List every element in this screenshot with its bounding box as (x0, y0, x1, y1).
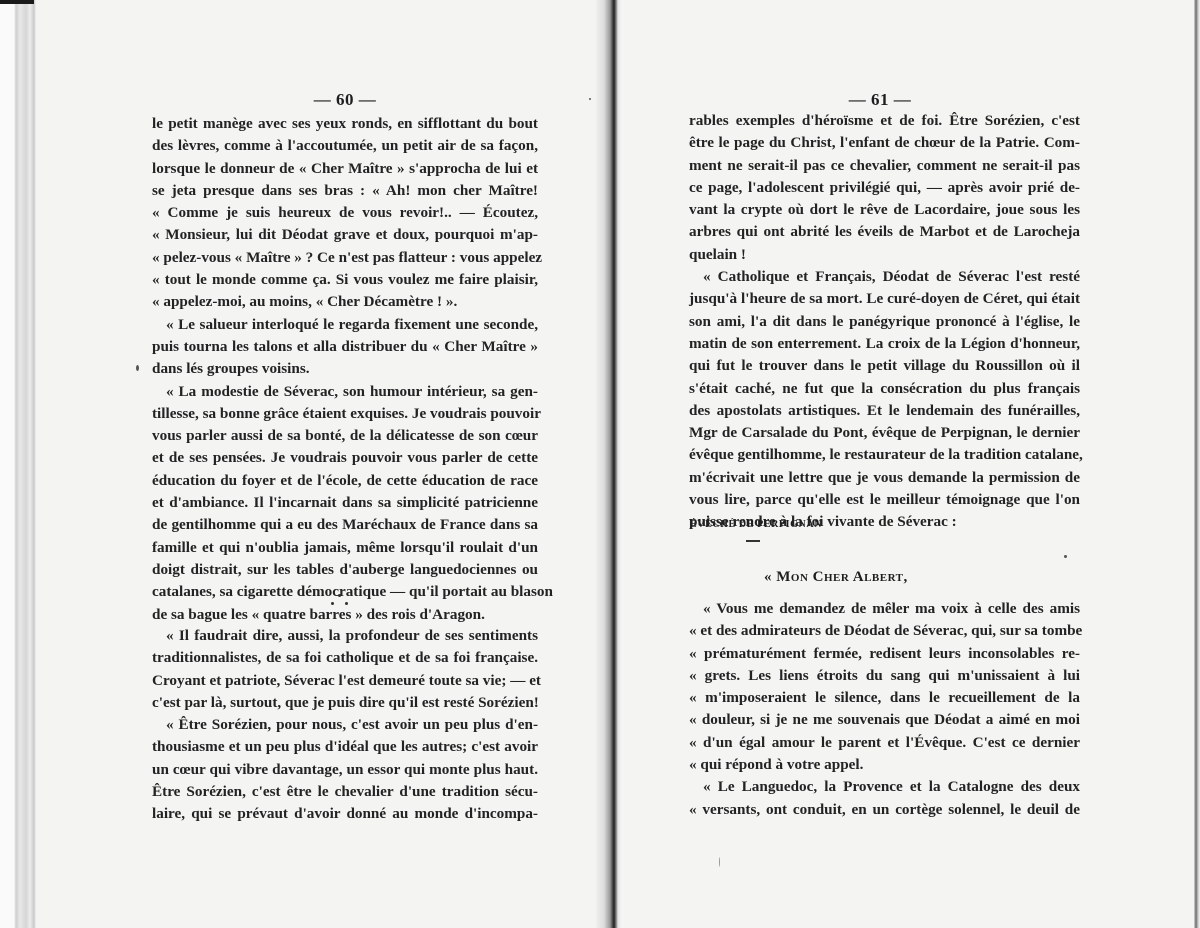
text-line: « tout le monde comme ça. Si vous voulez… (152, 269, 538, 291)
text-line: dans lés groupes voisins. (152, 358, 538, 380)
right-page-text-block-2: « Vous me demandez de mêler ma voix à ce… (689, 598, 1080, 821)
book-spread: — 60 — — 61 — le petit manège avec ses y… (0, 0, 1200, 928)
text-line: « appelez-moi, au moins, « Cher Décamètr… (152, 291, 538, 313)
left-page-edge (0, 0, 36, 928)
text-line: thousiasme et un peu plus d'idéal que le… (152, 736, 538, 758)
text-line: doigt distrait, sur les tables d'auberge… (152, 559, 538, 581)
text-line: « La modestie de Séverac, son humour int… (152, 381, 538, 403)
text-line: et d'ambiance. Il l'incarnait dans sa si… (152, 492, 538, 514)
text-line: laire, qui se prévaut d'avoir donné au m… (152, 803, 538, 825)
text-line: lorsque le donneur de « Cher Maître » s'… (152, 158, 538, 180)
text-line: « prématurément fermée, redisent leurs i… (689, 643, 1080, 665)
text-line: famille et qui n'oublia jamais, même lor… (152, 537, 538, 559)
text-line: « Comme je suis heureux de vous revoir!.… (152, 202, 538, 224)
text-line: tillesse, sa bonne grâce étaient exquise… (152, 403, 538, 425)
left-page-text-block-1: le petit manège avec ses yeux ronds, en … (152, 113, 538, 626)
text-line: Être Sorézien, c'est être le chevalier d… (152, 781, 538, 803)
text-line: traditionnalistes, de sa foi catholique … (152, 647, 538, 669)
text-line: arbres qui ont abrité les éveils de Marb… (689, 221, 1080, 243)
paper-speck (136, 365, 139, 371)
page-number-left: — 60 — (295, 90, 395, 110)
text-line: et de ses pensées. Je voudrais pouvoir v… (152, 447, 538, 469)
text-line: jusqu'à l'heure de sa mort. Le curé-doye… (689, 288, 1080, 310)
text-line: qui fut le trouver dans le petit village… (689, 355, 1080, 377)
text-line: « douleur, si je ne me souvenais que Déo… (689, 709, 1080, 731)
text-line: éducation du foyer et de l'école, de cet… (152, 470, 538, 492)
text-line: quelain ! (689, 244, 1080, 266)
left-corner-shadow (0, 0, 34, 4)
text-line: évêque gentilhomme, le restaurateur de l… (689, 444, 1080, 466)
page-number-right: — 61 — (830, 90, 930, 110)
left-page-text-block-2: « Il faudrait dire, aussi, la profondeur… (152, 625, 538, 826)
text-line: vant la crypte où dort le rêve de Lacord… (689, 199, 1080, 221)
text-line: « m'imposeraient le silence, dans le rec… (689, 687, 1080, 709)
text-line: c'est par là, surtout, que je puis dire … (152, 692, 538, 714)
text-line: « grets. Les liens étroits du sang qui m… (689, 665, 1080, 687)
paper-speck (719, 857, 720, 867)
text-line: « d'un égal amour le parent et l'Évêque.… (689, 732, 1080, 754)
text-line: puis tourna les talons et alla distribue… (152, 336, 538, 358)
text-line: un cœur qui vibre davantage, un essor qu… (152, 759, 538, 781)
text-line: « qui répond à votre appel. (689, 754, 1080, 776)
text-line: « et des admirateurs de Déodat de Sévera… (689, 620, 1080, 642)
text-line: être le page du Christ, l'enfant de chœu… (689, 132, 1080, 154)
text-line: Mgr de Carsalade du Pont, évêque de Perp… (689, 422, 1080, 444)
text-line: des lèvres, comme à l'accoutumée, un pet… (152, 135, 538, 157)
text-line: « Il faudrait dire, aussi, la profondeur… (152, 625, 538, 647)
text-line: ce page, l'adolescent privilégié qui, — … (689, 177, 1080, 199)
text-line: le petit manège avec ses yeux ronds, en … (152, 113, 538, 135)
text-line: matin de son enterrement. La croix de la… (689, 333, 1080, 355)
text-line: son ami, l'a dit dans le panégyrique pro… (689, 311, 1080, 333)
right-page-edge (1194, 0, 1200, 928)
text-line: « Être Sorézien, pour nous, c'est avoir … (152, 714, 538, 736)
text-line: vous parler aussi de sa bonté, de la dél… (152, 425, 538, 447)
text-line: « Vous me demandez de mêler ma voix à ce… (689, 598, 1080, 620)
letter-heading: ÉVÊCHÉ DE PERPIGNAN (690, 519, 822, 530)
text-line: se jeta presque dans ses bras : « Ah! mo… (152, 180, 538, 202)
letter-salutation: « Mon Cher Albert, (764, 569, 908, 586)
text-line: ment ne serait-il pas ce chevalier, comm… (689, 155, 1080, 177)
text-line: « versants, ont conduit, en un cortège s… (689, 799, 1080, 821)
text-line: « pelez-vous « Maître » ? Ce n'est pas f… (152, 247, 538, 269)
heading-rule (746, 540, 760, 542)
text-line: Croyant et patriote, Séverac l'est demeu… (152, 670, 538, 692)
text-line: s'était caché, ne fut que la consécratio… (689, 378, 1080, 400)
text-line: rables exemples d'héroïsme et de foi. Êt… (689, 110, 1080, 132)
text-line: « Monsieur, lui dit Déodat grave et doux… (152, 224, 538, 246)
text-line: « Catholique et Français, Déodat de Séve… (689, 266, 1080, 288)
text-line: m'écrivait une lettre que je vous demand… (689, 467, 1080, 489)
text-line: des apostolats artistiques. Et le lendem… (689, 400, 1080, 422)
text-line: vous lire, parce qu'elle est le meilleur… (689, 489, 1080, 511)
text-line: « Le Languedoc, la Provence et la Catalo… (689, 776, 1080, 798)
right-page-text-block-1: rables exemples d'héroïsme et de foi. Êt… (689, 110, 1080, 534)
text-line: « Le salueur interloqué le regarda fixem… (152, 314, 538, 336)
paper-speck (1064, 555, 1067, 558)
paper-speck (589, 98, 591, 100)
book-gutter (596, 0, 622, 928)
text-line: de gentilhomme qui a eu des Maréchaux de… (152, 514, 538, 536)
section-break-asterism (326, 592, 356, 612)
